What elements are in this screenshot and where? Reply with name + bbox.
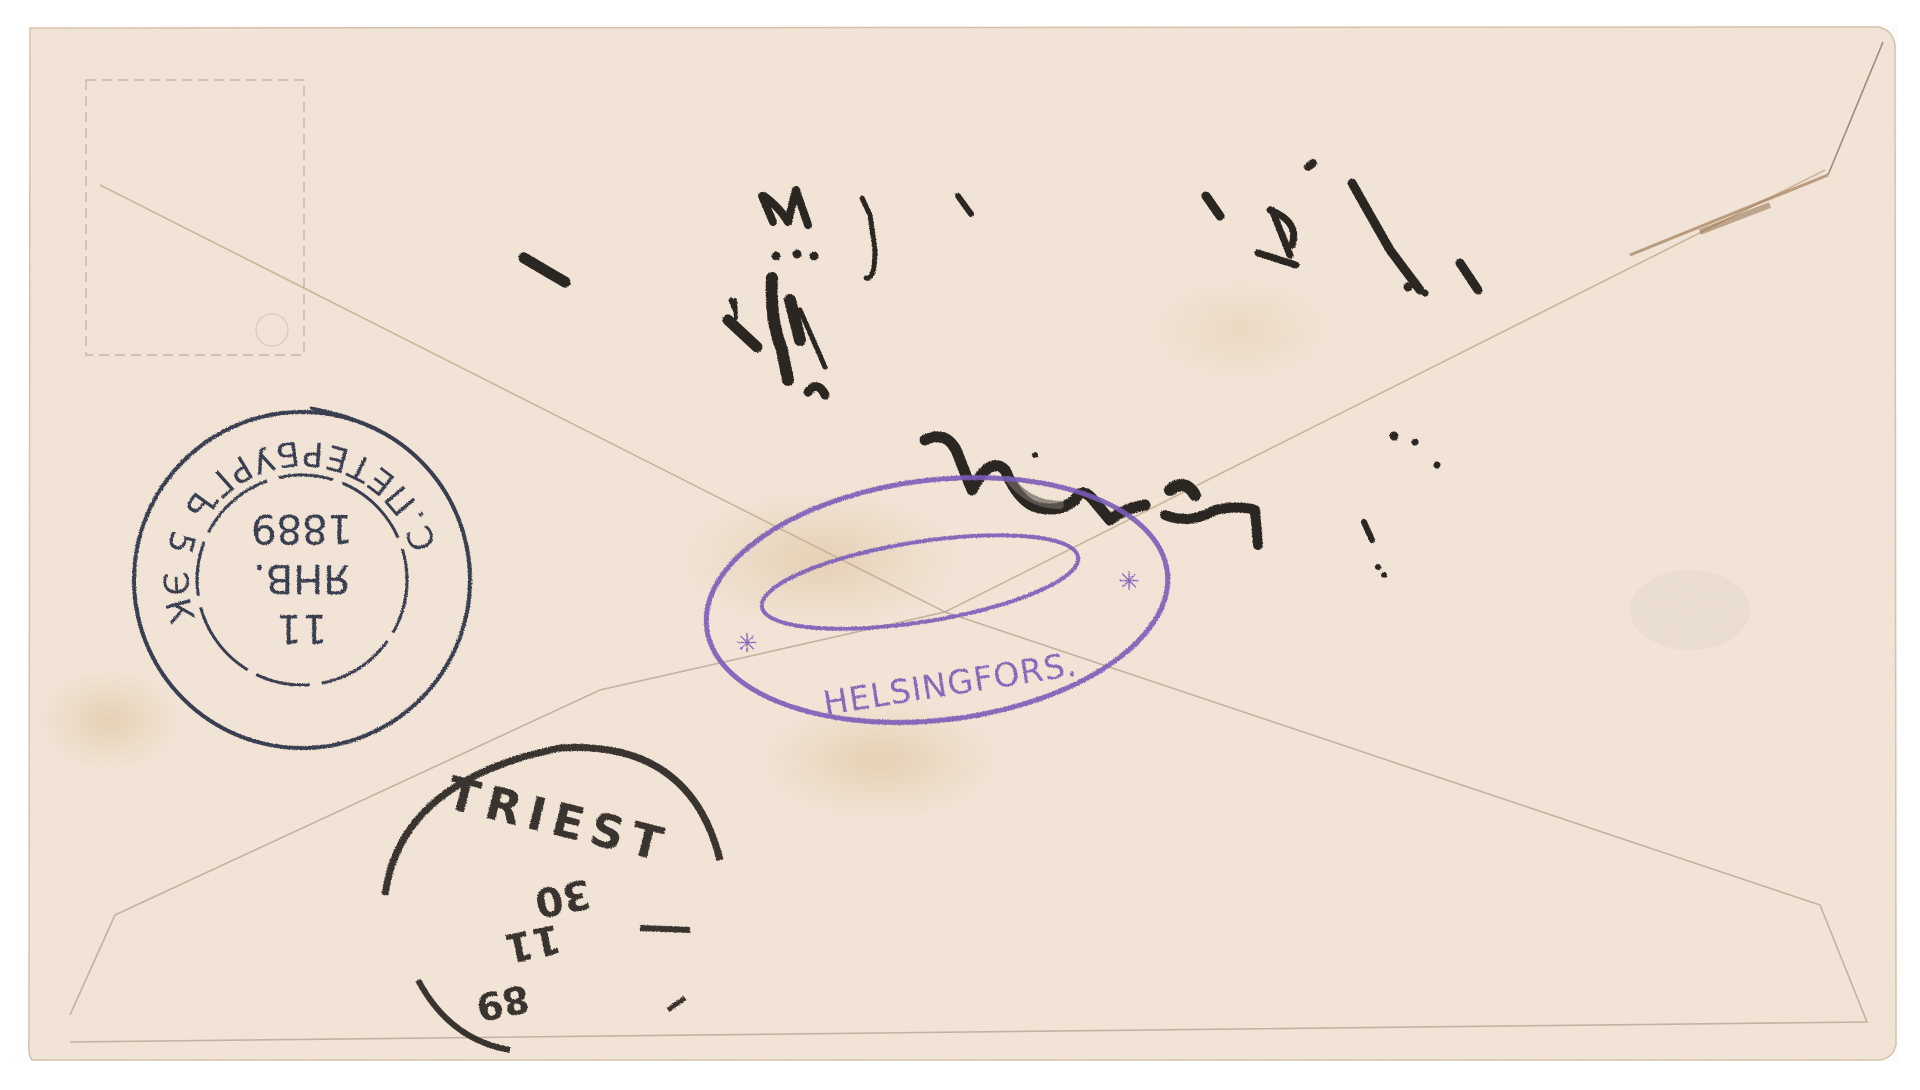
envelope-photo: С.ПЕТЕРБУРГЪ 5 ЭК 11 ЯНВ. 1889 ✳ ✳ HELSI… bbox=[0, 0, 1920, 1090]
svg-text:1889: 1889 bbox=[251, 505, 353, 551]
svg-text:11: 11 bbox=[277, 605, 328, 651]
svg-text:ЯНВ.: ЯНВ. bbox=[253, 555, 351, 601]
helsingfors-star-left: ✳ bbox=[736, 629, 758, 659]
helsingfors-star-right: ✳ bbox=[1118, 567, 1140, 597]
